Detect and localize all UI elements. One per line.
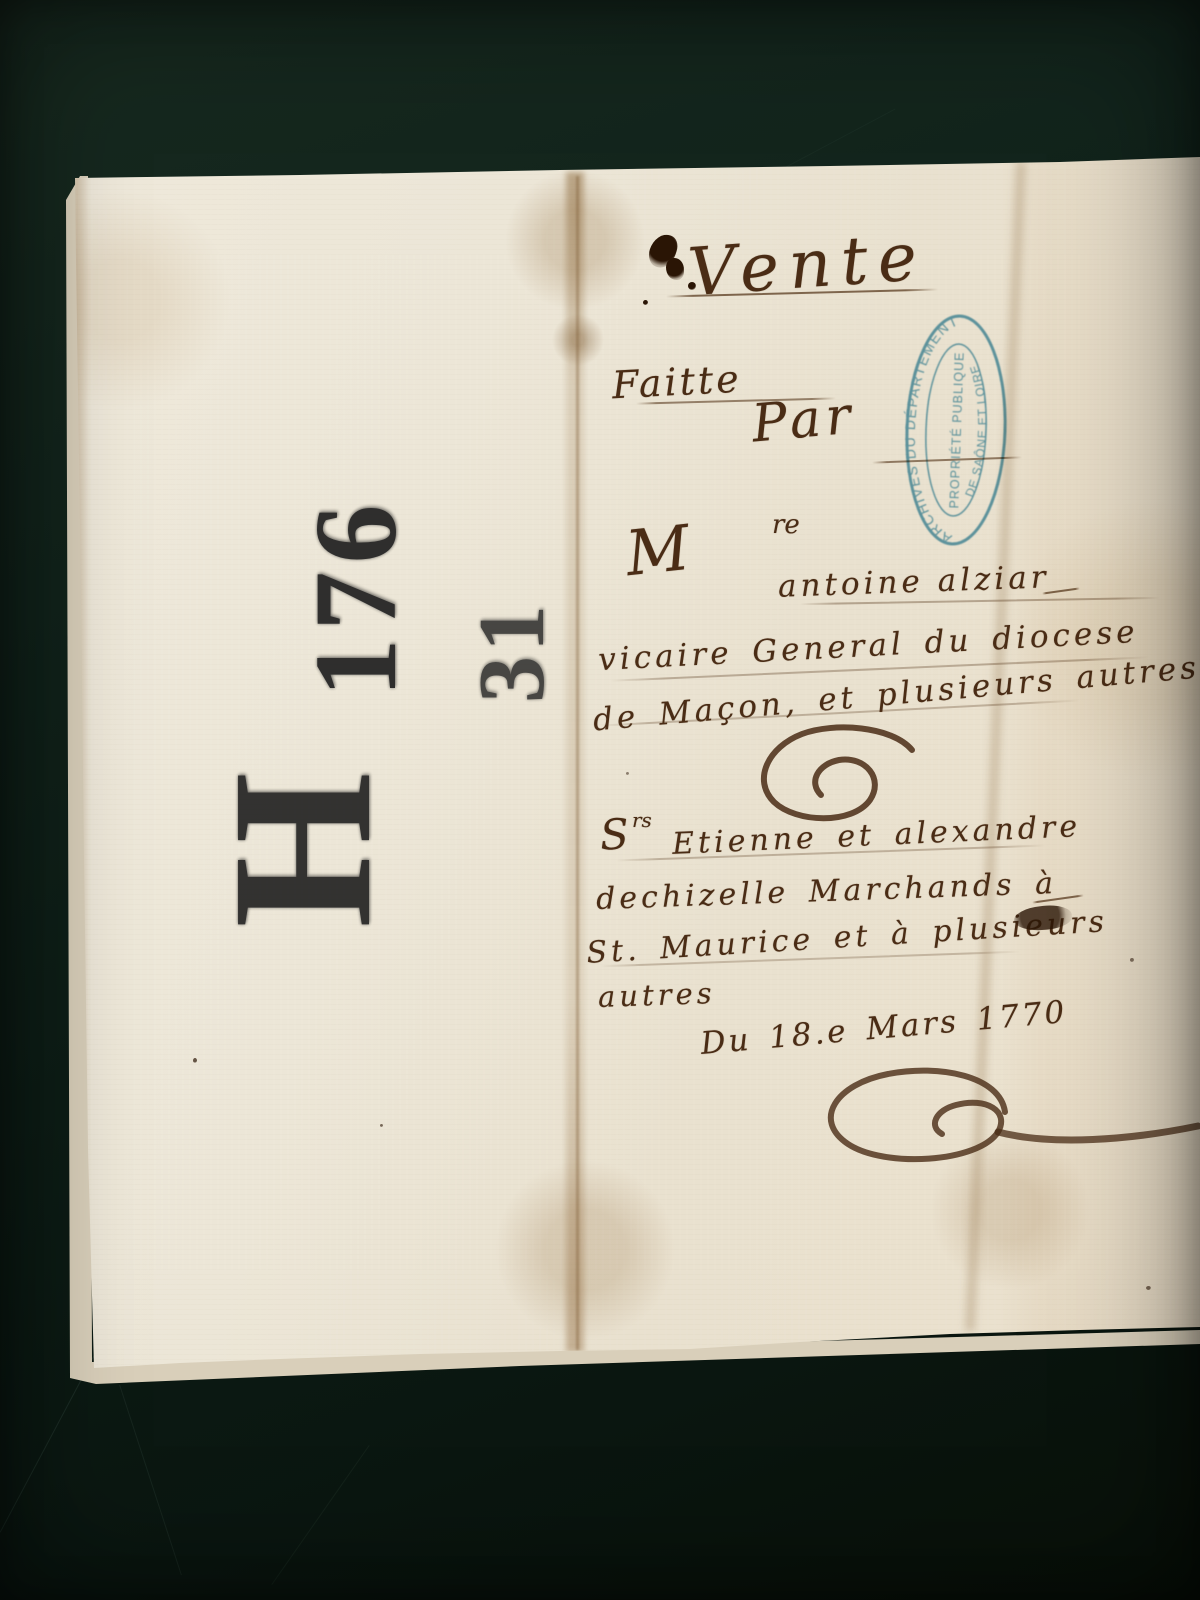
center-fold-crease bbox=[566, 172, 584, 1352]
manuscript-monsieur-initial: M bbox=[622, 511, 693, 590]
photo-backdrop: 176 31 H Vente Faitte Par M re antoine a… bbox=[0, 0, 1200, 1600]
stencil-cote-31: 31 bbox=[452, 552, 572, 752]
manuscript-autres-line: autres bbox=[597, 976, 716, 1014]
stencil-cote-H: H bbox=[202, 740, 402, 960]
manuscript-title: Vente bbox=[686, 218, 930, 311]
manuscript-name: antoine alziar bbox=[777, 559, 1050, 604]
center-fold-core bbox=[576, 176, 579, 1350]
backdrop-scratch bbox=[271, 1445, 369, 1585]
backdrop-scratch bbox=[119, 1385, 182, 1576]
foxing-speck bbox=[1146, 1286, 1151, 1290]
stencil-cote-176: 176 bbox=[281, 447, 431, 747]
manuscript-etienne-line: Etienne et alexandre bbox=[671, 809, 1081, 862]
ink-blot bbox=[666, 258, 684, 280]
foxing-speck bbox=[626, 772, 629, 775]
foxing-speck bbox=[193, 1058, 197, 1063]
manuscript-monsieur-sup: re bbox=[772, 510, 800, 540]
manuscript-sieurs-sup: rs bbox=[632, 808, 652, 832]
signature-paraph bbox=[800, 1060, 1200, 1170]
stamp-arc-bottom-text: DE SAÔNE ET LOIRE bbox=[962, 362, 991, 499]
manuscript-par: Par bbox=[750, 386, 858, 455]
flourish-a-paraph bbox=[742, 722, 922, 827]
svg-text:DE SAÔNE ET LOIRE: DE SAÔNE ET LOIRE bbox=[962, 362, 991, 499]
ink-speck bbox=[643, 300, 648, 305]
foxing-speck bbox=[380, 1124, 383, 1127]
archive-stamp: ARCHIVES DU DÉPARTEMENT DE SAÔNE ET LOIR… bbox=[897, 308, 1015, 552]
manuscript-sieurs-initial: S bbox=[599, 809, 630, 859]
stamp-middle-text: PROPRIÉTÉ PUBLIQUE bbox=[946, 351, 966, 508]
manuscript-date-line: Du 18.e Mars 1770 bbox=[699, 994, 1069, 1062]
manuscript-marchands-line: dechizelle Marchands à bbox=[596, 866, 1058, 917]
foxing-speck bbox=[1130, 958, 1134, 962]
